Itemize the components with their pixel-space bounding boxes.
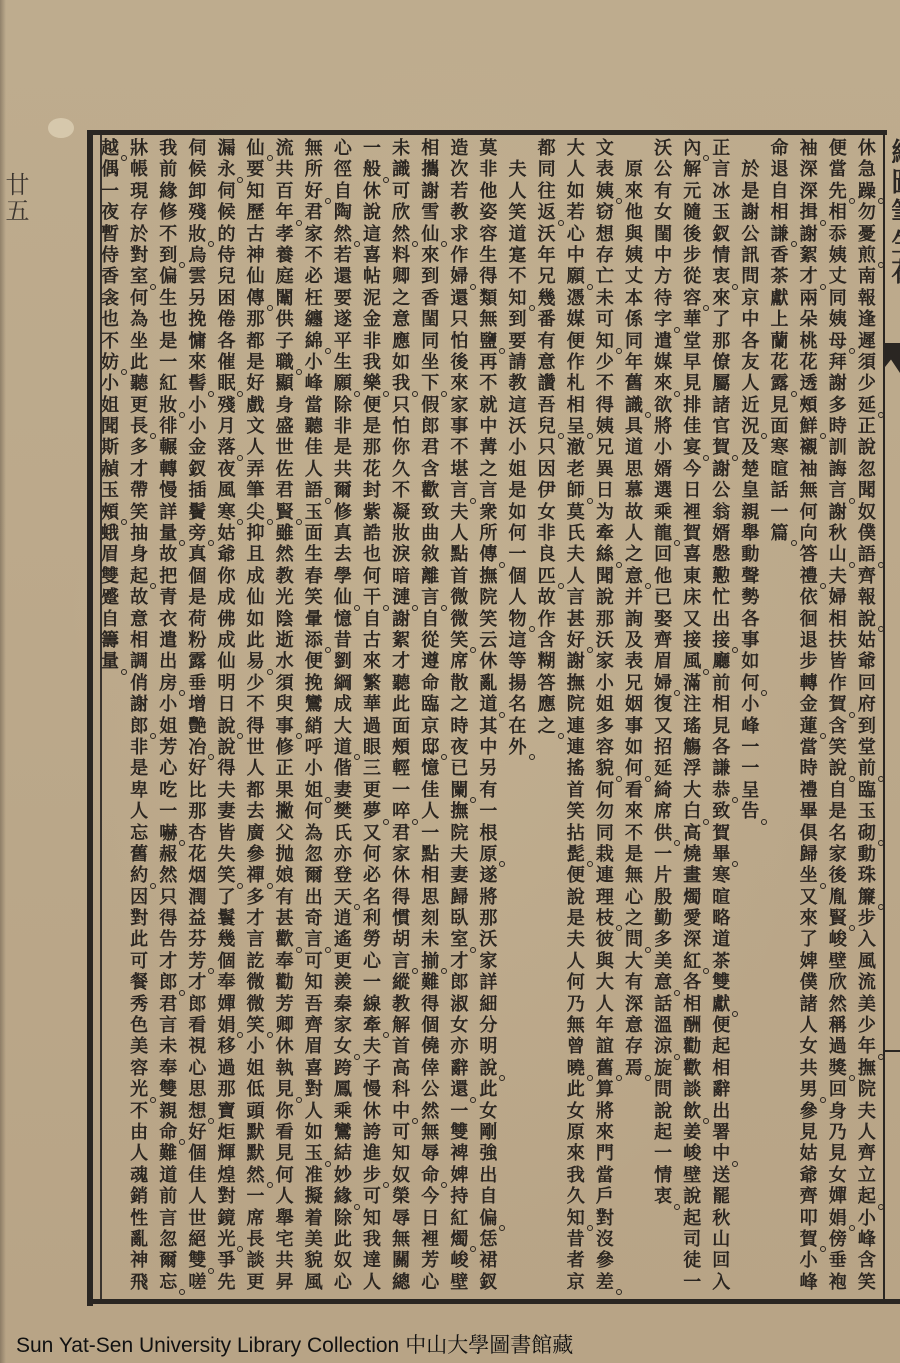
character: 爾 — [300, 865, 328, 886]
character: 臥 — [445, 908, 473, 929]
character: 蛾 — [96, 523, 124, 544]
character: 還 — [445, 1079, 473, 1100]
character: 齊 — [795, 1186, 823, 1207]
character: 訖 — [242, 951, 270, 972]
character: 同 — [591, 823, 619, 844]
character: 內 — [678, 138, 706, 159]
character: 個 — [504, 566, 532, 587]
character: 之 — [474, 459, 502, 480]
punctuation-circle — [558, 733, 564, 739]
character: 個 — [183, 1143, 211, 1164]
character: 真 — [329, 523, 357, 544]
character: 返 — [533, 202, 561, 223]
text-column: 命退自相謙香茶獻上蘭花露見面寒暄話一篇 — [766, 138, 794, 1300]
character: 卸 — [183, 181, 211, 202]
character: 暈 — [300, 609, 328, 630]
character: 蹙 — [96, 587, 124, 608]
character: 姐 — [504, 459, 532, 480]
character: 匹 — [533, 566, 561, 587]
character: 金 — [358, 309, 386, 330]
character: 看 — [271, 1122, 299, 1143]
character: 前 — [154, 1186, 182, 1207]
character: 憶 — [416, 758, 444, 779]
character: 慕 — [620, 480, 648, 501]
character: 對 — [591, 1208, 619, 1229]
character: 身 — [824, 1101, 852, 1122]
punctuation-circle — [761, 819, 767, 825]
character: 南 — [853, 266, 881, 287]
character: 從 — [678, 266, 706, 287]
character: 姑 — [853, 630, 881, 651]
character: 露 — [183, 651, 211, 672]
character: 只 — [533, 437, 561, 458]
character: 逝 — [271, 630, 299, 651]
character: 益 — [183, 908, 211, 929]
character: 光 — [212, 1229, 240, 1250]
character: 獻 — [707, 994, 735, 1015]
character: 光 — [271, 587, 299, 608]
character: 僥 — [416, 1036, 444, 1057]
character: 修 — [271, 737, 299, 758]
character: 候 — [212, 202, 240, 223]
character: 多 — [824, 395, 852, 416]
character: 兒 — [212, 266, 240, 287]
character: 中 — [736, 309, 764, 330]
character: 過 — [212, 1058, 240, 1079]
character: 峻 — [445, 1250, 473, 1271]
character: 言 — [416, 587, 444, 608]
character: 流 — [271, 138, 299, 159]
character: 故 — [620, 502, 648, 523]
character: 關 — [387, 1250, 415, 1271]
character: 答 — [533, 673, 561, 694]
character: 卑 — [125, 780, 153, 801]
character: 攜 — [416, 159, 444, 180]
character: 多 — [591, 716, 619, 737]
character: 接 — [678, 630, 706, 651]
character: 登 — [329, 865, 357, 886]
fishtail-mark — [885, 343, 900, 373]
character: 他 — [649, 566, 677, 587]
character: 個 — [183, 566, 211, 587]
character: 未 — [416, 929, 444, 950]
character: 來 — [416, 245, 444, 266]
character: 勤 — [649, 908, 677, 929]
character: 情 — [649, 1165, 677, 1186]
character: 見 — [824, 1143, 852, 1164]
character: 秋 — [824, 523, 852, 544]
character: 思 — [183, 1079, 211, 1100]
character: 不 — [474, 373, 502, 394]
character: 沃 — [474, 929, 502, 950]
character: 三 — [358, 758, 386, 779]
character: 越 — [96, 138, 124, 159]
character: 遙 — [329, 929, 357, 950]
character: 自 — [416, 609, 444, 630]
character: 來 — [649, 373, 677, 394]
character: 才 — [242, 908, 270, 929]
character: 待 — [649, 288, 677, 309]
character: 落 — [212, 437, 240, 458]
character: 皆 — [824, 651, 852, 672]
character: 沃 — [649, 138, 677, 159]
character: 不 — [591, 373, 619, 394]
character: 才 — [154, 951, 182, 972]
character: 玉 — [96, 480, 124, 501]
character: 署 — [707, 1122, 735, 1143]
character: 娘 — [271, 865, 299, 886]
character: 君 — [416, 437, 444, 458]
character: 一 — [766, 502, 794, 523]
character: 沃 — [533, 224, 561, 245]
character: 謝 — [416, 181, 444, 202]
character: 那 — [183, 801, 211, 822]
character: 人 — [591, 994, 619, 1015]
character: 表 — [591, 159, 619, 180]
character: 赬 — [96, 459, 124, 480]
text-column: 一般休說這喜帖泥金非我樂便是那花封紫誥也何干自古來繁華過眼三更夢又何必名利勞心一… — [358, 138, 386, 1300]
character: 說 — [562, 887, 590, 908]
character: 忽 — [300, 844, 328, 865]
character: 果 — [271, 780, 299, 801]
character: 有 — [620, 972, 648, 993]
character: 夢 — [358, 801, 386, 822]
character: 須 — [271, 673, 299, 694]
character: 杏 — [183, 823, 211, 844]
character: 艷 — [183, 716, 211, 737]
character: 事 — [445, 416, 473, 437]
character: 牽 — [358, 1015, 386, 1036]
character: 峰 — [736, 716, 764, 737]
character: 姿 — [474, 202, 502, 223]
character: 出 — [707, 609, 735, 630]
character: 帖 — [358, 266, 386, 287]
character: 然 — [154, 865, 182, 886]
character: 相 — [678, 994, 706, 1015]
character: 一 — [736, 758, 764, 779]
character: 道 — [329, 737, 357, 758]
character: 過 — [358, 716, 386, 737]
character: 報 — [853, 587, 881, 608]
character: 寔 — [504, 245, 532, 266]
character: 般 — [358, 159, 386, 180]
character: 魂 — [125, 1165, 153, 1186]
character: 言 — [707, 159, 735, 180]
character: 婢 — [795, 951, 823, 972]
character: 妻 — [212, 801, 240, 822]
character: 供 — [649, 823, 677, 844]
character: 一 — [154, 352, 182, 373]
punctuation-circle — [791, 540, 797, 546]
character: 就 — [474, 395, 502, 416]
character: 准 — [300, 1165, 328, 1186]
character: 撇 — [271, 801, 299, 822]
character: 出 — [300, 887, 328, 908]
character: 等 — [504, 651, 532, 672]
character: 見 — [271, 1079, 299, 1100]
character: 片 — [649, 865, 677, 886]
character: 滿 — [678, 673, 706, 694]
character: 人 — [242, 437, 270, 458]
character: 告 — [154, 929, 182, 950]
character: 透 — [795, 373, 823, 394]
character: 名 — [358, 887, 386, 908]
character: 席 — [242, 1208, 270, 1229]
character: 夫 — [853, 1101, 881, 1122]
character: 說 — [212, 737, 240, 758]
character: 送 — [707, 1165, 735, 1186]
character: 亦 — [445, 1036, 473, 1057]
character: 溫 — [649, 1015, 677, 1036]
character: 是 — [154, 331, 182, 352]
character: 容 — [591, 737, 619, 758]
character: 炬 — [212, 1122, 240, 1143]
character: 仙 — [242, 266, 270, 287]
character: 餐 — [125, 972, 153, 993]
character: 小 — [300, 758, 328, 779]
character: 深 — [678, 929, 706, 950]
character: 挽 — [300, 673, 328, 694]
character: 廣 — [242, 823, 270, 844]
character: 隨 — [678, 202, 706, 223]
character: 轉 — [154, 459, 182, 480]
character: 眉 — [96, 544, 124, 565]
character: 是 — [183, 587, 211, 608]
character: 栽 — [591, 844, 619, 865]
character: 要 — [329, 288, 357, 309]
character: 及 — [620, 630, 648, 651]
character: 芬 — [183, 929, 211, 950]
character: 得 — [416, 994, 444, 1015]
character: 院 — [445, 823, 473, 844]
character: 恁 — [474, 1229, 502, 1250]
character: 絮 — [795, 245, 823, 266]
character: 添 — [300, 630, 328, 651]
character: 家 — [445, 395, 473, 416]
character: 自 — [329, 181, 357, 202]
character: 先 — [212, 1272, 240, 1293]
character: 舊 — [125, 844, 153, 865]
character: 得 — [591, 395, 619, 416]
character: 姐 — [300, 780, 328, 801]
character: 神 — [242, 245, 270, 266]
character: 何 — [300, 801, 328, 822]
character: 有 — [271, 887, 299, 908]
character: 謝 — [824, 502, 852, 523]
character: 首 — [445, 566, 473, 587]
character: 京 — [736, 288, 764, 309]
character: 必 — [300, 266, 328, 287]
character: 文 — [242, 416, 270, 437]
character: 女 — [824, 1165, 852, 1186]
character: 命 — [766, 138, 794, 159]
character: 佛 — [212, 609, 240, 630]
character: 步 — [678, 245, 706, 266]
character: 綱 — [329, 673, 357, 694]
character: 姨 — [591, 416, 619, 437]
character: 休 — [387, 865, 415, 886]
character: 我 — [154, 138, 182, 159]
character: 乃 — [824, 1122, 852, 1143]
character: 如 — [300, 1122, 328, 1143]
character: 調 — [125, 651, 153, 672]
character: 勸 — [271, 972, 299, 993]
character: 聞 — [853, 480, 881, 501]
character: 命 — [416, 1165, 444, 1186]
paper-stain — [48, 118, 74, 138]
character: 欲 — [649, 395, 677, 416]
character: 正 — [853, 416, 881, 437]
character: 參 — [242, 844, 270, 865]
character: 糊 — [533, 651, 561, 672]
character: 輕 — [387, 758, 415, 779]
character: 是 — [736, 181, 764, 202]
character: 心 — [154, 758, 182, 779]
character: 兄 — [533, 266, 561, 287]
character: 人 — [300, 459, 328, 480]
character: 封 — [358, 480, 386, 501]
character: 成 — [242, 566, 270, 587]
character: 大 — [620, 951, 648, 972]
character: 好 — [242, 373, 270, 394]
character: 言 — [824, 480, 852, 501]
character: 明 — [212, 673, 240, 694]
character: 現 — [125, 181, 153, 202]
character: 也 — [96, 309, 124, 330]
character: 平 — [329, 331, 357, 352]
character: 人 — [358, 1272, 386, 1293]
character: 盛 — [271, 416, 299, 437]
punctuation-circle — [674, 1204, 680, 1210]
character: 然 — [416, 1101, 444, 1122]
character: 倦 — [212, 309, 240, 330]
character: 幾 — [212, 929, 240, 950]
character: 妝 — [183, 224, 211, 245]
character: 說 — [853, 609, 881, 630]
character: 便 — [300, 651, 328, 672]
character: 要 — [504, 331, 532, 352]
character: 荷 — [183, 609, 211, 630]
character: 闈 — [271, 288, 299, 309]
character: 牽 — [591, 523, 619, 544]
character: 大 — [562, 138, 590, 159]
character: 妨 — [96, 352, 124, 373]
character: 大 — [678, 780, 706, 801]
character: 自 — [358, 609, 386, 630]
character: 首 — [562, 780, 590, 801]
character: 裙 — [474, 1250, 502, 1271]
character: 女 — [533, 502, 561, 523]
character: 侍 — [212, 245, 240, 266]
character: 院 — [853, 1079, 881, 1100]
character: 在 — [504, 716, 532, 737]
character: 除 — [329, 1208, 357, 1229]
character: 姐 — [591, 694, 619, 715]
character: 撫 — [445, 801, 473, 822]
character: 寒 — [707, 865, 735, 886]
character: 其 — [474, 716, 502, 737]
character: 明 — [474, 1036, 502, 1057]
character: 姻 — [620, 694, 648, 715]
character: 天 — [329, 887, 357, 908]
character: 休 — [271, 1036, 299, 1057]
character: 貌 — [591, 758, 619, 779]
character: 堪 — [445, 459, 473, 480]
character: 若 — [562, 202, 590, 223]
character: 夫 — [504, 159, 532, 180]
character: 呼 — [300, 737, 328, 758]
character: 然 — [242, 1165, 270, 1186]
character: 宴 — [678, 437, 706, 458]
character: 命 — [154, 1122, 182, 1143]
character: 奉 — [154, 1058, 182, 1079]
character: 又 — [678, 609, 706, 630]
character: 伊 — [533, 480, 561, 501]
character: 雙 — [183, 1250, 211, 1271]
character: 世 — [271, 437, 299, 458]
character: 對 — [125, 908, 153, 929]
character: 理 — [591, 887, 619, 908]
character: 女 — [474, 1101, 502, 1122]
character: 到 — [154, 245, 182, 266]
character: 識 — [620, 395, 648, 416]
character: 知 — [300, 972, 328, 993]
character: 鹽 — [474, 331, 502, 352]
character: 暄 — [707, 887, 735, 908]
character: 心 — [562, 224, 590, 245]
character: 急 — [853, 159, 881, 180]
character: 鮮 — [795, 416, 823, 437]
character: 流 — [853, 972, 881, 993]
character: 有 — [474, 780, 502, 801]
character: 無 — [416, 1122, 444, 1143]
character: 多 — [125, 437, 153, 458]
text-column: 牀帳現存於對室何為坐此聽更長多才帶笑抽身起故意相調俏謝郎非是卑人忘舊約因對此可餐… — [125, 138, 153, 1300]
character: 到 — [416, 266, 444, 287]
character: 高 — [387, 1058, 415, 1079]
character: 小 — [154, 694, 182, 715]
character: 心 — [329, 138, 357, 159]
character: 無 — [795, 480, 823, 501]
character: 婿 — [649, 459, 677, 480]
character: 峰 — [795, 1272, 823, 1293]
character: 徒 — [678, 1250, 706, 1271]
character: 頭 — [242, 1101, 270, 1122]
character: 便 — [707, 1015, 735, 1036]
character: 髭 — [562, 844, 590, 865]
character: 鳳 — [329, 1079, 357, 1100]
character: 胡 — [387, 929, 415, 950]
character: 秦 — [329, 994, 357, 1015]
character: 怕 — [387, 416, 415, 437]
character: 言 — [562, 587, 590, 608]
text-column: 造次若教求作婦還只怕後來家事不堪言夫人點首微微笑席散之時夜已闌撫院夫妻歸臥室才郎… — [445, 138, 473, 1300]
character: 爭 — [212, 1250, 240, 1271]
character: 日 — [416, 1208, 444, 1229]
character: 懃 — [707, 566, 735, 587]
character: 才 — [387, 651, 415, 672]
character: 結 — [329, 1143, 357, 1164]
character: 微 — [242, 972, 270, 993]
character: 花 — [358, 459, 386, 480]
character: 進 — [358, 1143, 386, 1164]
character: 詳 — [154, 502, 182, 523]
character: 生 — [474, 245, 502, 266]
character: 筆 — [242, 480, 270, 501]
character: 無 — [300, 138, 328, 159]
character: 漣 — [387, 587, 415, 608]
character: 來 — [707, 288, 735, 309]
